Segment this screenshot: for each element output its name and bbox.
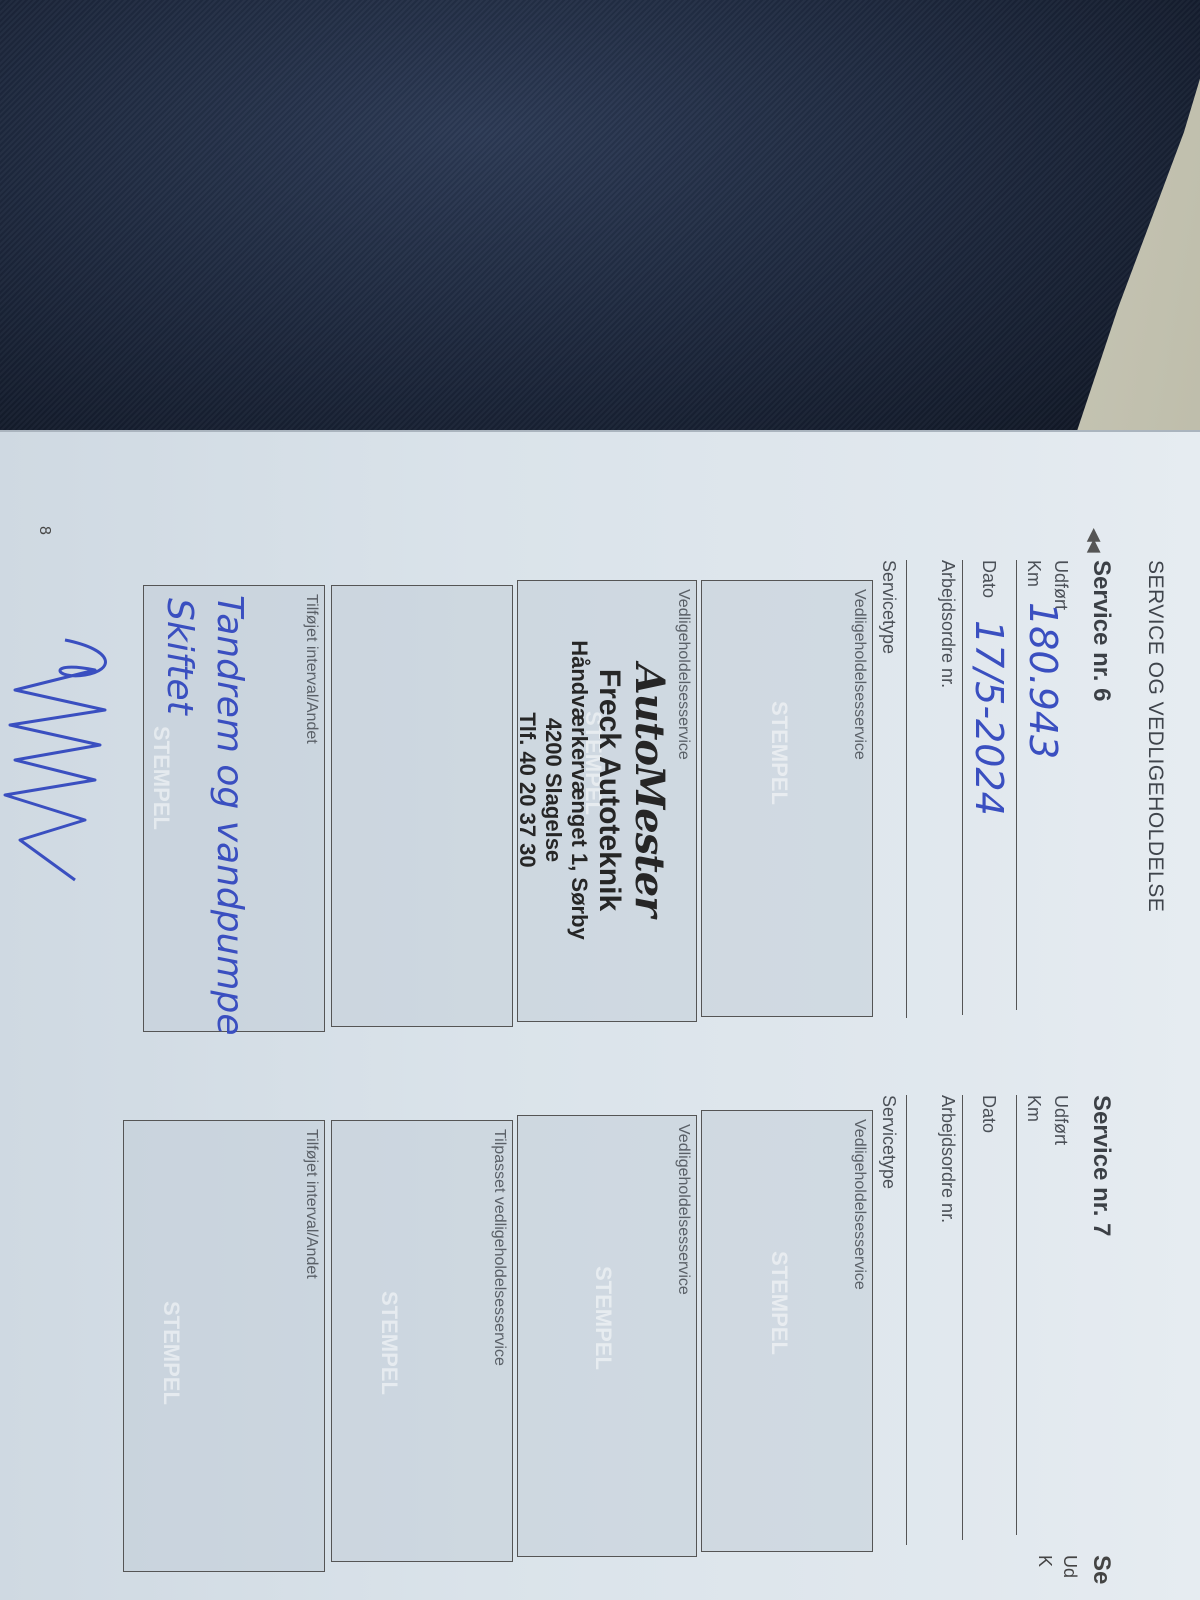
service-6-arbejdsordre-label: Arbejdsordre nr.: [937, 560, 958, 688]
signature-icon: [0, 630, 125, 910]
box-label: Tilføjet interval/Andet: [302, 1129, 320, 1279]
service-7-title: Service nr. 7: [1087, 1095, 1115, 1565]
stempel-watermark: STEMPEL: [158, 1301, 184, 1405]
km-line: [1016, 560, 1017, 1010]
background-fabric: [0, 0, 1200, 440]
handwritten-note-line-1: Tandrem og vandpumpe: [209, 595, 250, 1036]
service-7-box-2: Vedligeholdelsesservice STEMPEL: [517, 1115, 697, 1557]
stempel-watermark: STEMPEL: [376, 1291, 402, 1395]
service-6-box-3: Tilpasset vedligeholdelsesservice: [331, 585, 513, 1027]
service-7-arbejdsordre-label: Arbejdsordre nr.: [937, 1095, 958, 1223]
stamp-city: 4200 Slagelse: [540, 600, 566, 980]
km-line: [1016, 1095, 1017, 1535]
page-number: 8: [35, 526, 53, 535]
service-6-title: Service nr. 6: [1087, 560, 1115, 1030]
box-label: Vedligeholdelsesservice: [850, 1119, 868, 1290]
stempel-watermark: STEMPEL: [590, 1266, 616, 1370]
service-6-box-1: Vedligeholdelsesservice STEMPEL: [701, 580, 873, 1017]
dato-line: [962, 1095, 963, 1540]
stamp-phone: Tlf. 40 20 37 30: [514, 600, 540, 980]
service-7-box-1: Vedligeholdelsesservice STEMPEL: [701, 1110, 873, 1552]
double-left-arrow-icon: ◀◀: [1084, 528, 1105, 550]
workshop-stamp: AutoMester Freck Autoteknik Håndværkervæ…: [514, 600, 673, 980]
stempel-watermark: STEMPEL: [766, 1251, 792, 1355]
stamp-brand: AutoMester: [626, 600, 673, 980]
page-header: SERVICE OG VEDLIGEHOLDELSE: [1143, 560, 1167, 912]
service-7-udfort-label: Udført: [1050, 1095, 1071, 1565]
service-7-servicetype-label: Servicetype: [878, 1095, 899, 1189]
next-km-partial: K: [1034, 1555, 1055, 1567]
service-7-dato-label: Dato: [978, 1095, 999, 1133]
dato-line: [962, 560, 963, 1015]
arbejdsordre-line: [906, 560, 907, 1018]
service-7-box-4: Tilføjet interval/Andet STEMPEL: [123, 1120, 325, 1572]
service-7-box-3: Tilpasset vedligeholdelsesservice STEMPE…: [331, 1120, 513, 1562]
service-6-dato-value: 17/5-2024: [967, 620, 1011, 816]
stamp-shop-name: Freck Autoteknik: [592, 600, 626, 980]
box-label: Vedligeholdelsesservice: [674, 1124, 692, 1295]
service-6-servicetype-label: Servicetype: [878, 560, 899, 654]
service-7-km-label: Km: [1023, 1095, 1044, 1565]
service-6-km-value: 180.943: [1021, 602, 1065, 759]
stamp-address: Håndværkervænget 1, Sørby: [566, 600, 592, 980]
service-6-dato-label: Dato: [978, 560, 999, 598]
box-label: Tilpasset vedligeholdelsesservice: [490, 594, 508, 831]
box-label: Vedligeholdelsesservice: [674, 589, 692, 760]
page-content-rotated: SERVICE OG VEDLIGEHOLDELSE ◀◀ Service nr…: [0, 430, 1175, 1600]
next-service-title-partial: Se: [1087, 1555, 1115, 1584]
arbejdsordre-line: [906, 1095, 907, 1545]
box-label: Tilpasset vedligeholdelsesservice: [490, 1129, 508, 1366]
box-label: Vedligeholdelsesservice: [850, 589, 868, 760]
stempel-watermark: STEMPEL: [766, 701, 792, 805]
handwritten-note-line-2: Skiftet: [159, 598, 200, 715]
service-7-section: Service nr. 7 Udført Km: [1023, 1095, 1115, 1565]
box-label: Tilføjet interval/Andet: [302, 594, 320, 744]
stempel-watermark: STEMPEL: [148, 726, 174, 830]
next-udfort-partial: Ud: [1059, 1555, 1080, 1578]
